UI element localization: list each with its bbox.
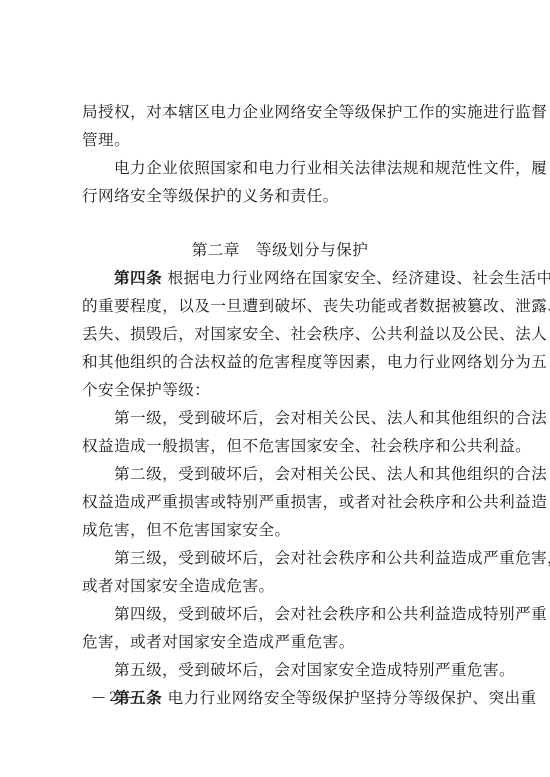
document-page: 局授权，对本辖区电力企业网络安全等级保护工作的实施进行监督 管理。 电力企业依照…	[82, 98, 478, 712]
text-line: 的重要程度，以及一旦遭到破坏、丧失功能或者数据被篡改、泄露、	[82, 292, 478, 320]
text-line: 权益造成严重损害或特别严重损害，或者对社会秩序和公共利益造	[82, 488, 478, 516]
level-5-line: 第五级，受到破坏后，会对国家安全造成特别严重危害。	[82, 656, 478, 684]
text-line: 个安全保护等级：	[82, 376, 478, 404]
chapter-title: 第二章 等级划分与保护	[82, 236, 478, 264]
text-line: 局授权，对本辖区电力企业网络安全等级保护工作的实施进行监督	[82, 98, 478, 126]
text-line: 管理。	[82, 126, 478, 154]
text-line: 或者对国家安全造成危害。	[82, 572, 478, 600]
text-span: 电力行业网络安全等级保护坚持分等级保护、突出重	[168, 689, 537, 707]
level-3-line: 第三级，受到破坏后，会对社会秩序和公共利益造成严重危害，	[82, 544, 478, 572]
text-line: 电力企业依照国家和电力行业相关法律法规和规范性文件，履	[82, 154, 478, 182]
page-number: — 2 —	[92, 690, 135, 705]
article-5-line: 第五条 电力行业网络安全等级保护坚持分等级保护、突出重	[82, 684, 478, 712]
text-line: 危害，或者对国家安全造成严重危害。	[82, 628, 478, 656]
article-4-label: 第四条	[114, 269, 162, 287]
text-line: 和其他组织的合法权益的危害程度等因素，电力行业网络划分为五	[82, 348, 478, 376]
level-2-line: 第二级，受到破坏后，会对相关公民、法人和其他组织的合法	[82, 460, 478, 488]
text-line: 行网络安全等级保护的义务和责任。	[82, 182, 478, 210]
level-1-line: 第一级，受到破坏后，会对相关公民、法人和其他组织的合法	[82, 404, 478, 432]
text-line: 成危害，但不危害国家安全。	[82, 516, 478, 544]
text-span: 根据电力行业网络在国家安全、经济建设、社会生活中	[168, 269, 550, 287]
spacer	[82, 210, 478, 222]
text-line: 丢失、损毁后，对国家安全、社会秩序、公共利益以及公民、法人	[82, 320, 478, 348]
article-4-line: 第四条 根据电力行业网络在国家安全、经济建设、社会生活中	[82, 264, 478, 292]
text-line: 权益造成一般损害，但不危害国家安全、社会秩序和公共利益。	[82, 432, 478, 460]
level-4-line: 第四级，受到破坏后，会对社会秩序和公共利益造成特别严重	[82, 600, 478, 628]
